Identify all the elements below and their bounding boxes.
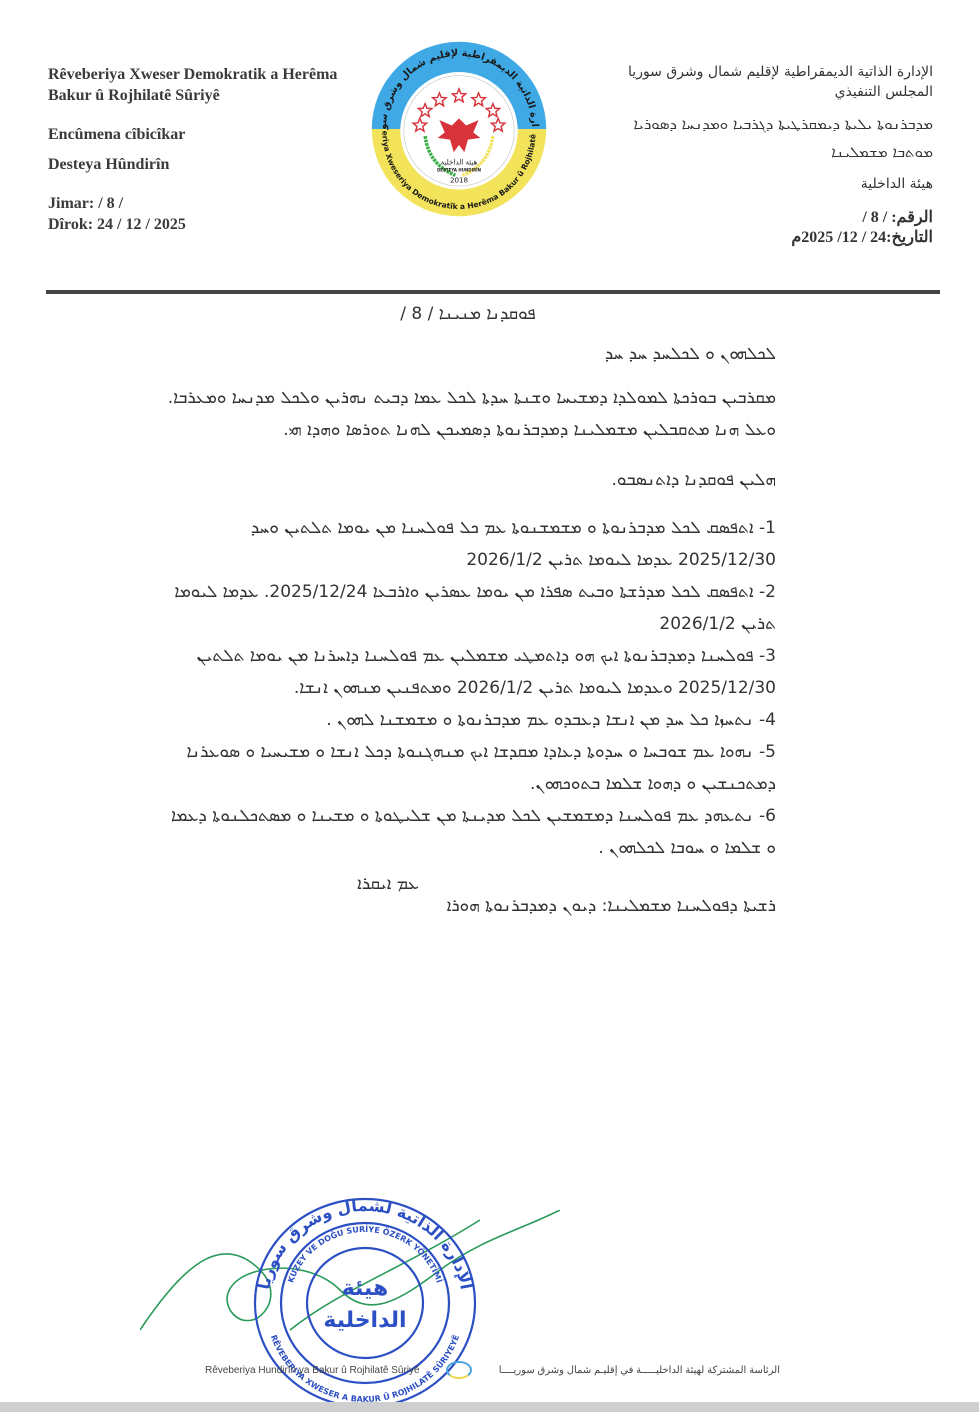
org-name-line2: Bakur û Rojhilatê Sûriyê — [48, 85, 368, 106]
footer-kurdish: Rêveberiya Hundirîn ya Bakur û Rojhilatê… — [205, 1365, 420, 1376]
decision-item-6: 6- ܢܬܥܗܕ ܥܡ ܦܘܠܚܢܐ ܕܡܫܡܫܝܢ ܠܟܠ ܡܕܝܢܬܐ ܡܢ… — [160, 800, 776, 864]
reference-number: ܦܘܩܕܢܐ ܡܢܝܢܐ / 8 / — [160, 304, 776, 324]
closing-salutation: ܥܡ ܐܝܩܪܐ — [160, 874, 776, 894]
organization-logo: هيئة الداخلية DESTEYA HUNDIRÎN 2018 الاد… — [370, 40, 548, 218]
decision-item-5: 5- ܢܗܘܐ ܥܡ ܫܘܒܚܐ ܘ ܚܕܘܬܐ ܕܥܐܕܐ ܡܩܕܫܐ ܐܝܟ… — [160, 736, 776, 800]
svg-text:DESTEYA HUNDIRÎN: DESTEYA HUNDIRÎN — [437, 168, 481, 173]
department-name: Desteya Hûndirîn — [48, 154, 368, 175]
header-left-kurdish: Rêveberiya Xweser Demokratik a Herêma Ba… — [48, 64, 368, 249]
document-number: Jimar: / 8 / — [48, 193, 368, 214]
header-divider — [46, 290, 940, 294]
document-date-arabic: التاريخ:24 / 12/ 2025م — [613, 228, 933, 248]
document-page: Rêveberiya Xweser Demokratik a Herêma Ba… — [0, 0, 979, 1402]
org-name-arabic: الإدارة الذاتية الديمقراطية لإقليم شمال … — [613, 62, 933, 82]
intro-paragraph: ܡܩܪܒܝܢ ܒܘܪܟܬܐ ܠܡܘܠܕܐ ܕܡܫܝܚܐ ܘܫܢܬܐ ܚܕܬܐ ܠ… — [160, 382, 776, 446]
decision-list: 1- ܐܬܦܣܩ ܠܟܠ ܡܕܒܪܢܘܬܐ ܘ ܡܫܡܫܢܘܬܐ ܥܡ ܟܠ ܦ… — [160, 512, 776, 864]
greeting: ܠܟܠܗܘܢ ܘ ܠܟܠܚܕ ܚܕ ܚܕ — [160, 344, 776, 364]
department-name-arabic: هيئة الداخلية — [613, 174, 933, 194]
council-name-arabic: المجلس التنفيذي — [613, 82, 933, 102]
decision-item-3: 3- ܦܘܠܚܢܐ ܕܡܕܒܪܢܘܬܐ ܐܝܟ ܗܘ ܕܐܬܡܛܝ ܡܫܡܠܝܢ… — [160, 640, 776, 704]
svg-text:هيئة: هيئة — [342, 1276, 389, 1301]
svg-text:2018: 2018 — [450, 175, 469, 184]
page-edge — [0, 1402, 979, 1412]
signatory-title: ܪܫܝܬܐ ܕܦܘܠܚܢܐ ܡܫܡܠܝܢܐ: ܕܝܘܢ ܕܡܕܒܪܢܘܬܐ ܗܘ… — [160, 896, 776, 916]
footer-logo-icon — [446, 1361, 472, 1379]
letter-body: ܦܘܩܕܢܐ ܡܢܝܢܐ / 8 / ܠܟܠܗܘܢ ܘ ܠܟܠܚܕ ܚܕ ܚܕ … — [160, 300, 776, 916]
decision-item-2: 2- ܐܬܦܣܩ ܠܟܠ ܡܕܪܫܬܐ ܘܒܝܬ ܣܦܪܐ ܡܢ ܝܘܡܐ ܥܣ… — [160, 576, 776, 640]
document-number-arabic: الرقم: / 8 / — [613, 208, 933, 228]
decision-item-1: 1- ܐܬܦܣܩ ܠܟܠ ܡܕܒܪܢܘܬܐ ܘ ܡܫܡܫܢܘܬܐ ܥܡ ܟܠ ܦ… — [160, 512, 776, 576]
svg-text:الداخلية: الداخلية — [323, 1308, 406, 1333]
document-date: Dîrok: 24 / 12 / 2025 — [48, 214, 368, 235]
org-name-syriac-line1: ܡܕܒܪܢܘܬܐ ܝܠܝܬܐ ܕܝܡܩܪܛܝܬܐ ܕܓܪܒܝܐ ܘܡܕܢܚܐ ܕ… — [613, 110, 933, 138]
svg-text:هيئة الداخلية: هيئة الداخلية — [441, 158, 478, 167]
decisions-heading: ܗܠܝܢ ܦܘܩܕܢܐ ܕܐܬܢܣܒܘ. — [160, 464, 776, 496]
org-name-line1: Rêveberiya Xweser Demokratik a Herêma — [48, 64, 368, 85]
org-name-syriac-line2: ܡܘܬܒܐ ܡܫܡܠܝܢܐ — [613, 138, 933, 166]
council-name: Encûmena cîbicîkar — [48, 124, 368, 145]
svg-text:KUZEY VE DOĞU SURİYE ÖZERK YÖN: KUZEY VE DOĞU SURİYE ÖZERK YÖNETİMİ — [286, 1224, 444, 1284]
footer-arabic: الرئاسة المشتركة لهيئة الداخليـــــة في … — [499, 1365, 780, 1376]
header-right-arabic-syriac: الإدارة الذاتية الديمقراطية لإقليم شمال … — [613, 62, 933, 248]
decision-item-4: 4- ܢܬܚܙܐ ܟܠ ܚܕ ܡܢ ܐܢܫܐ ܕܥܒܕܘ ܥܡ ܡܕܒܪܢܘܬܐ… — [160, 704, 776, 736]
page-footer: Rêveberiya Hundirîn ya Bakur û Rojhilatê… — [205, 1361, 780, 1379]
